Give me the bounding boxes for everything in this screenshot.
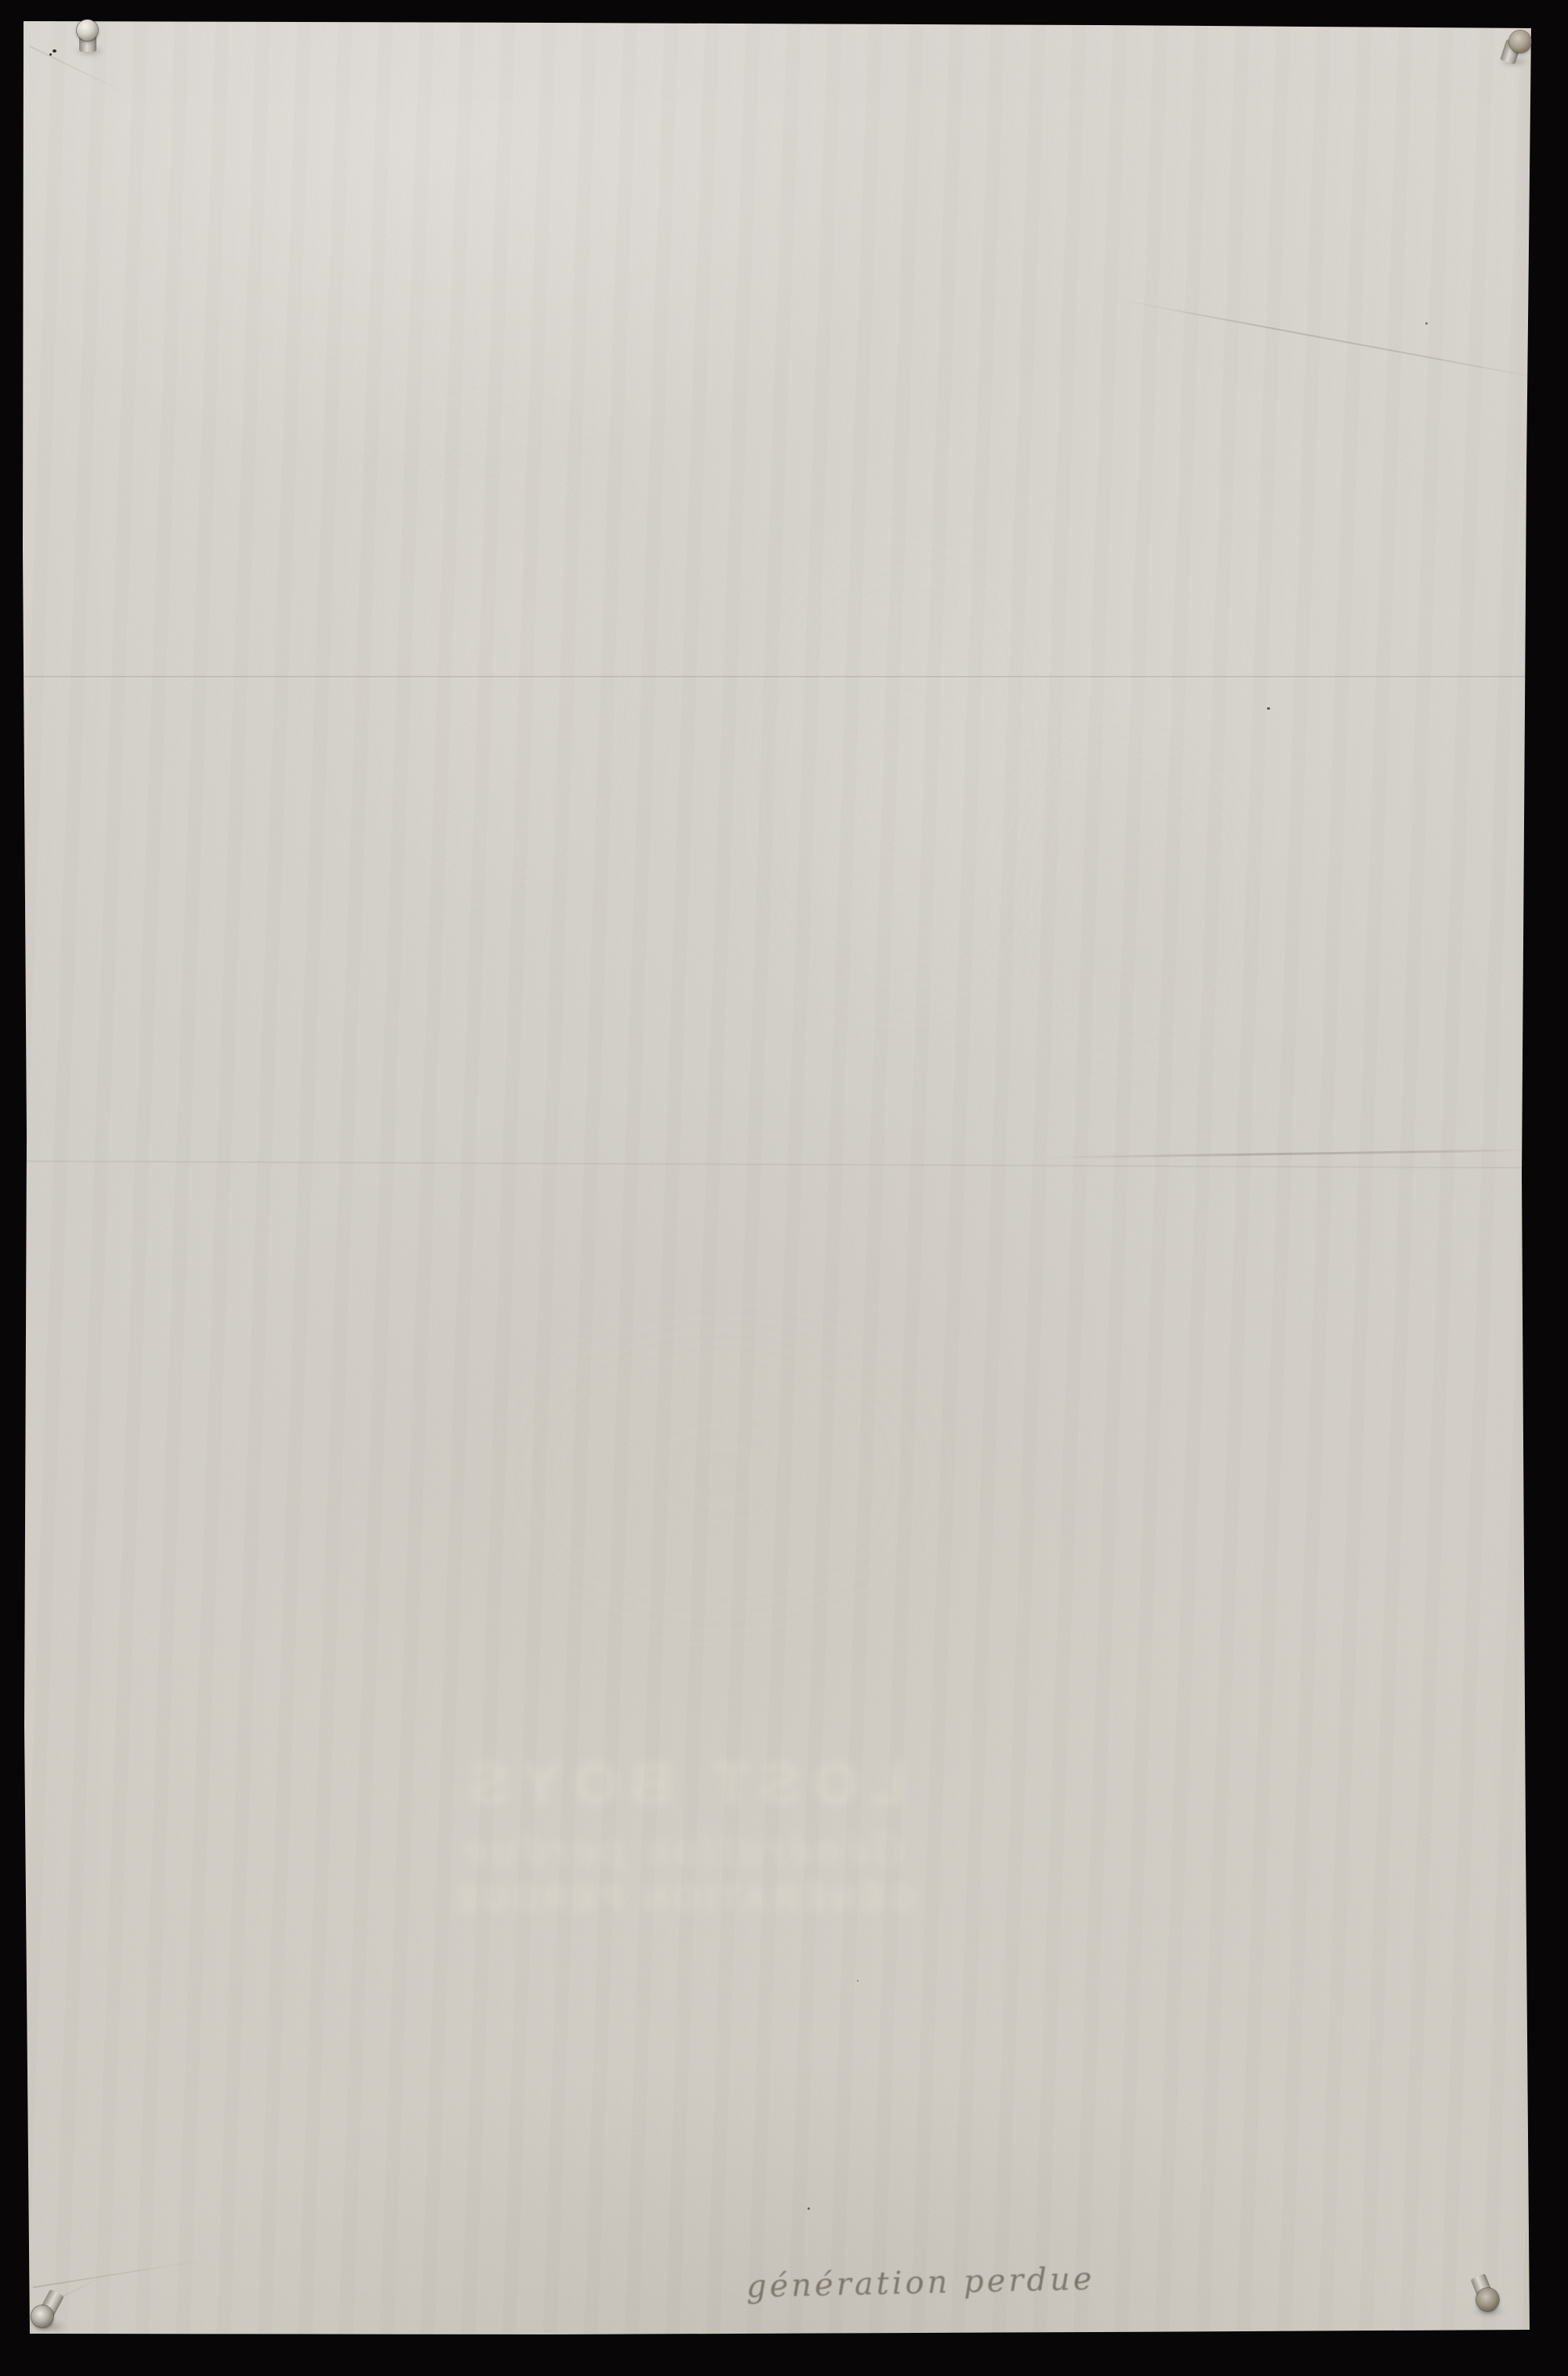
pushpin-cap [1509, 31, 1531, 53]
poster-verso-sheet: LOST BOYS Génération perdue GÉNÉRATION P… [0, 0, 1568, 2376]
pushpin-cap [1476, 2288, 1499, 2311]
photo-scene: LOST BOYS Génération perdue GÉNÉRATION P… [0, 0, 1568, 2376]
pushpin-cap [31, 2305, 53, 2327]
paper-edge-shading [0, 0, 1568, 2376]
pushpin-cap [77, 20, 98, 41]
